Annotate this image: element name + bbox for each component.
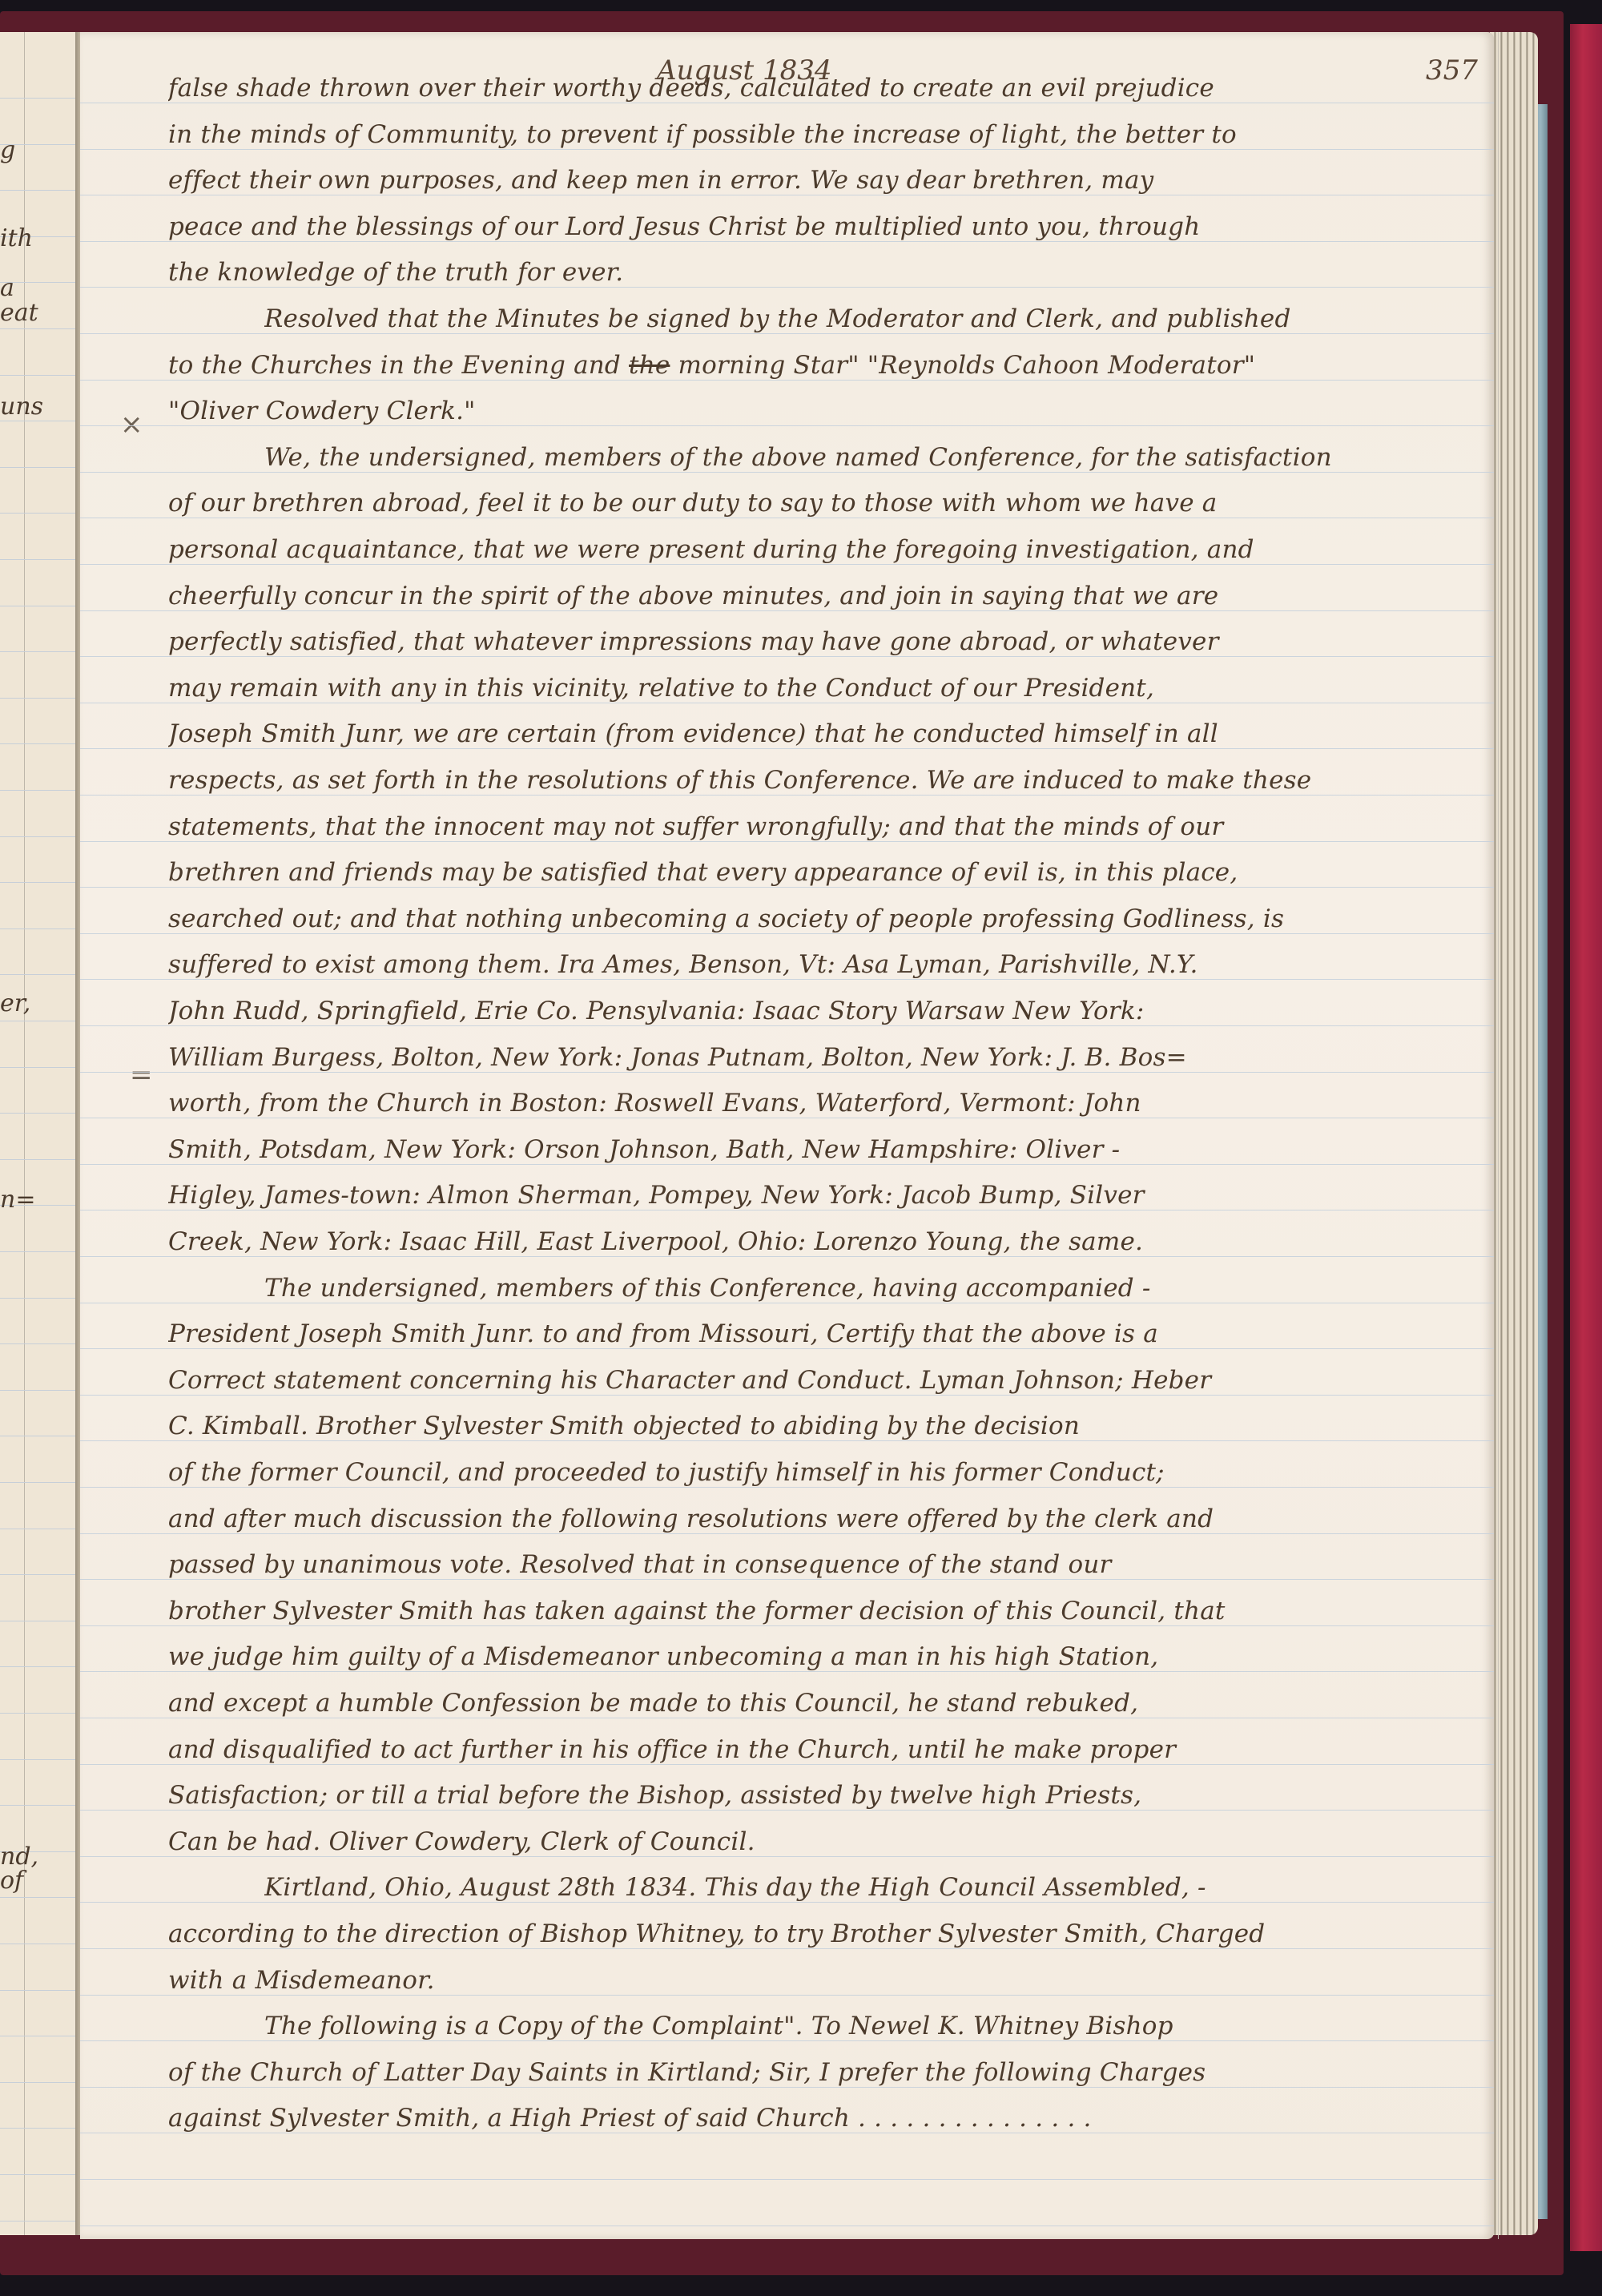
facing-ruled-line (0, 1990, 75, 1991)
facing-ruled-line (0, 1298, 75, 1299)
manuscript-line: in the minds of Community, to prevent if… (168, 119, 1514, 151)
facing-page-fragment: er, (0, 989, 30, 1017)
manuscript-line: brother Sylvester Smith has taken agains… (168, 1595, 1514, 1627)
facing-ruled-line (0, 467, 75, 468)
manuscript-line: false shade thrown over their worthy dee… (168, 72, 1514, 104)
manuscript-line: according to the direction of Bishop Whi… (168, 1918, 1514, 1950)
manuscript-line: and except a humble Confession be made t… (168, 1687, 1514, 1719)
red-leather-spine (1570, 24, 1602, 2251)
facing-ruled-line (0, 375, 75, 376)
ruled-line (80, 1764, 1494, 1765)
manuscript-line: brethren and friends may be satisfied th… (168, 856, 1514, 888)
ruled-line (80, 564, 1494, 565)
manuscript-line: with a Misdemeanor. (168, 1964, 1514, 1996)
manuscript-line: Smith, Potsdam, New York: Orson Johnson,… (168, 1134, 1514, 1166)
facing-ruled-line (0, 1343, 75, 1344)
ruled-line (80, 1625, 1494, 1626)
facing-page-fragment: n= (0, 1186, 35, 1214)
manuscript-line: Can be had. Oliver Cowdery, Clerk of Cou… (168, 1826, 1514, 1858)
facing-page-fragment: ith (0, 224, 33, 252)
margin-cross-mark: × (120, 409, 143, 441)
ruled-line (80, 425, 1494, 426)
facing-ruled-line (0, 651, 75, 652)
facing-ruled-line (0, 1759, 75, 1760)
facing-page-fragment: eat (0, 299, 38, 327)
facing-ruled-line (0, 1666, 75, 1667)
facing-ruled-line (0, 1482, 75, 1483)
facing-ruled-line (0, 2128, 75, 2129)
ruled-line (80, 287, 1494, 288)
facing-ruled-line (0, 974, 75, 975)
facing-ruled-line (0, 1713, 75, 1714)
ruled-line (80, 1395, 1494, 1396)
facing-page-fragment: g (0, 136, 15, 164)
facing-ruled-line (0, 513, 75, 514)
ruled-line (80, 1579, 1494, 1580)
ruled-line (80, 979, 1494, 980)
facing-ruled-line (0, 1067, 75, 1068)
manuscript-line: and after much discussion the following … (168, 1503, 1514, 1535)
ruled-line (80, 1948, 1494, 1949)
ruled-line (80, 333, 1494, 334)
ruled-line (80, 2226, 1494, 2226)
facing-ruled-line (0, 421, 75, 421)
ruled-line (80, 1164, 1494, 1165)
manuscript-line: effect their own purposes, and keep men … (168, 164, 1514, 196)
manuscript-line: peace and the blessings of our Lord Jesu… (168, 211, 1514, 243)
ruled-line (80, 2087, 1494, 2088)
ruled-line (80, 656, 1494, 657)
facing-ruled-line (0, 1805, 75, 1806)
ruled-line (80, 1856, 1494, 1857)
manuscript-line: perfectly satisfied, that whatever impre… (168, 626, 1514, 658)
manuscript-line: "Oliver Cowdery Clerk." (168, 395, 1514, 427)
manuscript-line: searched out; and that nothing unbecomin… (168, 903, 1514, 935)
manuscript-line: to the Churches in the Evening and the m… (168, 349, 1514, 381)
ruled-line (80, 1210, 1494, 1210)
manuscript-line: passed by unanimous vote. Resolved that … (168, 1549, 1514, 1581)
facing-ruled-line (0, 190, 75, 191)
facing-ruled-line (0, 1021, 75, 1021)
ruled-line (80, 1440, 1494, 1441)
manuscript-line: President Joseph Smith Junr. to and from… (168, 1318, 1514, 1350)
manuscript-line: of our brethren abroad, feel it to be ou… (168, 487, 1514, 519)
facing-page-fragment: of (0, 1867, 23, 1895)
ruled-line (80, 610, 1494, 611)
ruled-line (80, 241, 1494, 242)
manuscript-line: John Rudd, Springfield, Erie Co. Pensylv… (168, 995, 1514, 1027)
ruled-line (80, 103, 1494, 103)
facing-ruled-line (0, 2174, 75, 2175)
manuscript-line: against Sylvester Smith, a High Priest o… (168, 2102, 1514, 2134)
facing-ruled-line (0, 1574, 75, 1575)
ruled-line (80, 1348, 1494, 1349)
ruled-line (80, 149, 1494, 150)
manuscript-line: worth, from the Church in Boston: Roswel… (168, 1087, 1514, 1119)
manuscript-line: Creek, New York: Isaac Hill, East Liverp… (168, 1226, 1514, 1258)
ruled-line (80, 1303, 1494, 1303)
facing-ruled-line (0, 1621, 75, 1621)
facing-ruled-line (0, 98, 75, 99)
manuscript-line: we judge him guilty of a Misdemeanor unb… (168, 1641, 1514, 1673)
facing-ruled-line (0, 1251, 75, 1252)
facing-ruled-line (0, 1944, 75, 1944)
ruled-line (80, 518, 1494, 518)
facing-ruled-line (0, 559, 75, 560)
ruled-line (80, 841, 1494, 842)
manuscript-line: Kirtland, Ohio, August 28th 1834. This d… (264, 1871, 1514, 1903)
manuscript-line: may remain with any in this vicinity, re… (168, 672, 1514, 704)
manuscript-line: Resolved that the Minutes be signed by t… (264, 303, 1514, 335)
ruled-line (80, 1118, 1494, 1118)
manuscript-line: The following is a Copy of the Complaint… (264, 2010, 1514, 2042)
facing-ruled-line (0, 1897, 75, 1898)
ruled-line (80, 2040, 1494, 2041)
ruled-line (80, 933, 1494, 934)
manuscript-line: of the Church of Latter Day Saints in Ki… (168, 2056, 1514, 2089)
ruled-line (80, 1256, 1494, 1257)
facing-ruled-line (0, 328, 75, 329)
facing-ruled-line (0, 1529, 75, 1529)
manuscript-line: William Burgess, Bolton, New York: Jonas… (168, 1041, 1514, 1073)
manuscript-line: C. Kimball. Brother Sylvester Smith obje… (168, 1410, 1514, 1442)
facing-ruled-line (0, 698, 75, 699)
ruled-line (80, 1487, 1494, 1488)
ruled-line (80, 1810, 1494, 1811)
facing-ruled-line (0, 882, 75, 883)
ledger-page-357: August 1834 357 × = false shade thrown o… (80, 32, 1494, 2239)
manuscript-line: respects, as set forth in the resolution… (168, 764, 1514, 796)
ruled-line (80, 887, 1494, 888)
ruled-line (80, 195, 1494, 195)
ruled-line (80, 1072, 1494, 1073)
facing-ruled-line (0, 836, 75, 837)
facing-ruled-line (0, 2221, 75, 2221)
ruled-line (80, 1718, 1494, 1718)
facing-margin-line (24, 32, 25, 2235)
facing-page-fragment: a (0, 274, 14, 302)
ruled-line (80, 1995, 1494, 1996)
manuscript-line: suffered to exist among them. Ira Ames, … (168, 949, 1514, 981)
ruled-line (80, 748, 1494, 749)
manuscript-line: of the former Council, and proceeded to … (168, 1456, 1514, 1488)
facing-ruled-line (0, 2082, 75, 2083)
facing-ruled-line (0, 1159, 75, 1160)
facing-ruled-line (0, 1113, 75, 1114)
margin-hyphen-mark: = (130, 1059, 153, 1091)
ruled-line (80, 1025, 1494, 1026)
manuscript-line: The undersigned, members of this Confere… (264, 1272, 1514, 1304)
ruled-line (80, 703, 1494, 703)
manuscript-line: Higley, James-town: Almon Sherman, Pompe… (168, 1179, 1514, 1211)
ruled-line (80, 1902, 1494, 1903)
ruled-line (80, 2133, 1494, 2133)
ruled-line (80, 1533, 1494, 1534)
manuscript-line: and disqualified to act further in his o… (168, 1734, 1514, 1766)
ruled-line (80, 380, 1494, 381)
ruled-line (80, 795, 1494, 796)
facing-ruled-line (0, 790, 75, 791)
struck-through-word: the (629, 351, 670, 380)
manuscript-line: cheerfully concur in the spirit of the a… (168, 580, 1514, 612)
facing-ruled-line (0, 1436, 75, 1436)
manuscript-line: We, the undersigned, members of the abov… (264, 441, 1514, 473)
facing-ruled-line (0, 606, 75, 606)
manuscript-line: Correct statement concerning his Charact… (168, 1364, 1514, 1396)
facing-page-fragment: uns (0, 393, 43, 421)
manuscript-line: the knowledge of the truth for ever. (168, 256, 1514, 288)
ruled-line (80, 2179, 1494, 2180)
facing-ruled-line (0, 743, 75, 744)
manuscript-line: Satisfaction; or till a trial before the… (168, 1779, 1514, 1811)
facing-ruled-line (0, 928, 75, 929)
facing-page-left: githaeatunser,n=nd,of (0, 32, 77, 2235)
ruled-line (80, 472, 1494, 473)
manuscript-line: Joseph Smith Junr, we are certain (from … (168, 718, 1514, 750)
facing-ruled-line (0, 1390, 75, 1391)
facing-ruled-line (0, 2036, 75, 2036)
ruled-line (80, 1671, 1494, 1672)
manuscript-line: statements, that the innocent may not su… (168, 811, 1514, 843)
manuscript-line: personal acquaintance, that we were pres… (168, 534, 1514, 566)
